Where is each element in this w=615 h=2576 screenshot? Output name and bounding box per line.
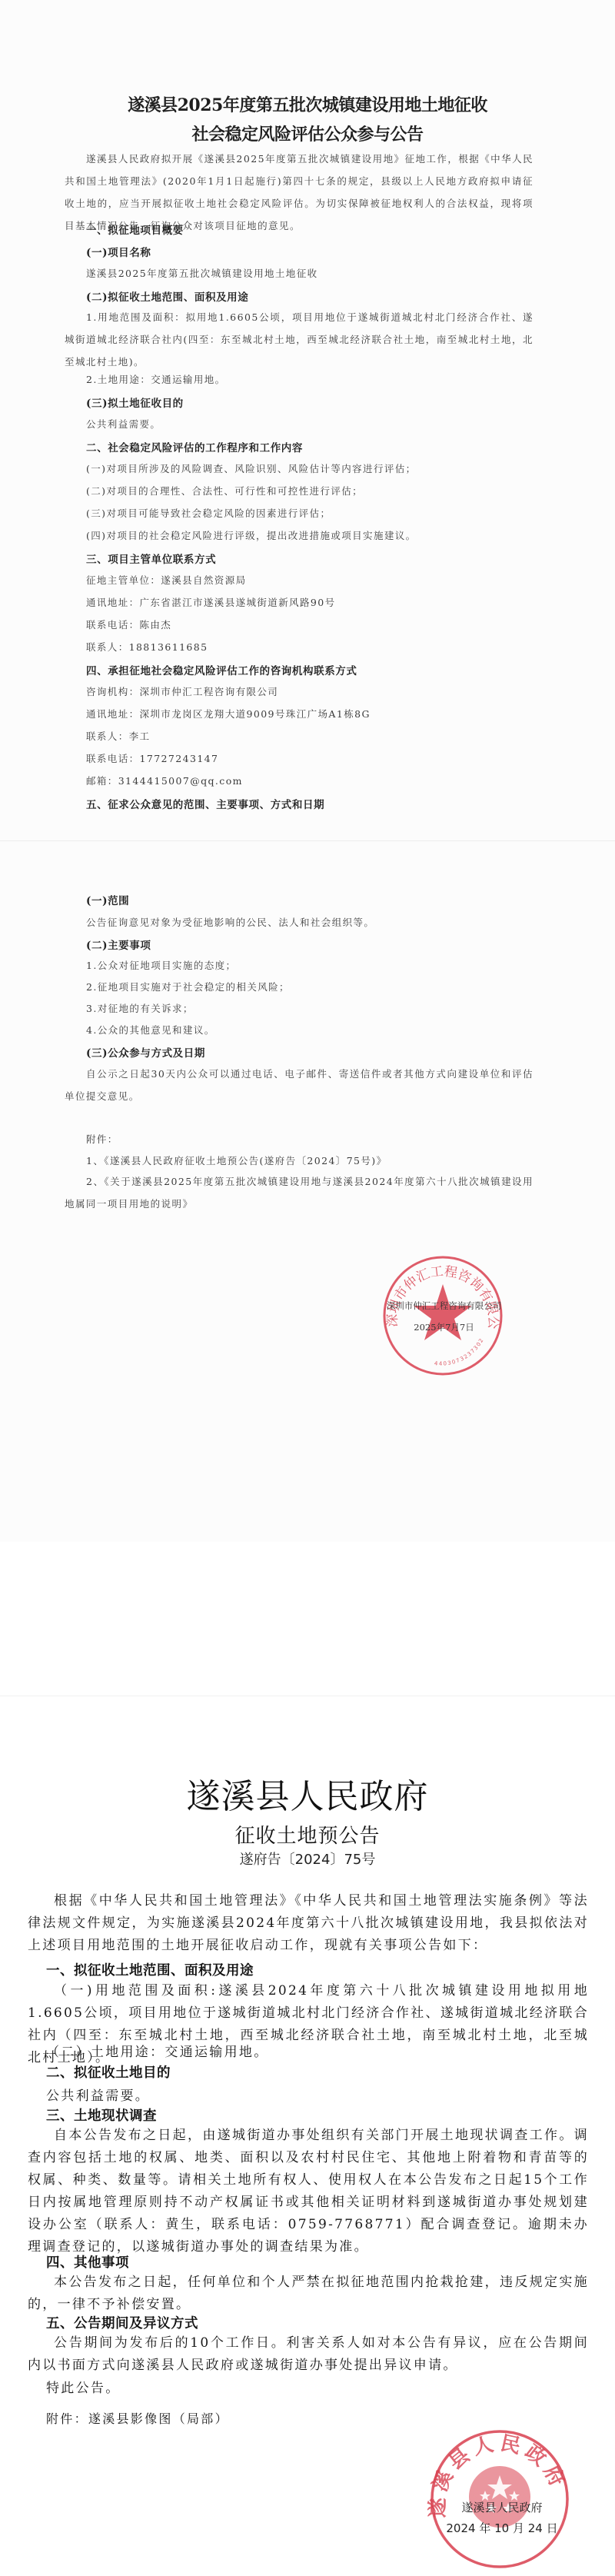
section-heading-4: 四、承担征地社会稳定风险评估工作的咨询机构联系方式 xyxy=(86,662,357,677)
company-seal-icon: 深圳市仲汇工程咨询有限公司 4403073237302 xyxy=(381,1253,505,1378)
page-title-line1: 遂溪县2025年度第五批次城镇建设用地土地征收 xyxy=(0,92,615,116)
procedure-item: (一)对项目所涉及的风险调查、风险识别、风险估计等内容进行评估； xyxy=(86,461,417,475)
subsection-heading-scope: (二)拟征收土地范围、面积及用途 xyxy=(86,288,248,304)
section-heading-1: 一、拟征收土地范围、面积及用途 xyxy=(46,1960,254,1979)
attachment-item[interactable]: 1、《遂溪县人民政府征收土地预公告(遂府告〔2024〕75号)》 xyxy=(86,1153,387,1167)
other-matters-paragraph: 本公告发布之日起，任何单位和个人严禁在拟征地范围内抢栽抢建，违反规定实施的，一律… xyxy=(28,2271,589,2316)
notice-page-land-expropriation: 遂溪县人民政府 征收土地预公告 遂府告〔2024〕75号 根据《中华人民共和国土… xyxy=(0,1542,615,2576)
section-heading-3: 三、土地现状调查 xyxy=(46,2105,157,2125)
notice-page-risk-assessment: 遂溪县2025年度第五批次城镇建设用地土地征收 社会稳定风险评估公众参与公告 遂… xyxy=(0,0,615,1542)
land-use: （二）土地用途：交通运输用地。 xyxy=(46,2041,269,2060)
section-heading-2: 二、拟征收土地目的 xyxy=(46,2062,171,2082)
attachments-label: 附件： xyxy=(86,1132,118,1146)
authority-line: 征地主管单位：遂溪县自然资源局 xyxy=(86,573,247,587)
consultant-phone: 联系电话：17727243147 xyxy=(86,751,218,765)
intro-paragraph: 根据《中华人民共和国土地管理法》《中华人民共和国土地管理法实施条例》等法律法规文… xyxy=(28,1890,589,1957)
land-scope-paragraph: 1.用地范围及面积：拟用地1.6605公顷，项目用地位于遂城街道城北村北门经济合… xyxy=(65,306,534,373)
matter-item: 2.征地项目实施对于社会稳定的相关风险； xyxy=(86,980,290,993)
section-heading-5: 五、征求公众意见的范围、主要事项、方式和日期 xyxy=(86,796,324,811)
matter-item: 4.公众的其他意见和建议。 xyxy=(86,1023,215,1037)
signature-org: 深圳市仲汇工程咨询有限公司 xyxy=(377,1300,511,1312)
signature-date: 2025年7月7日 xyxy=(377,1321,511,1333)
scan-page-break xyxy=(0,1696,615,1696)
objection-paragraph: 公告期间为发布后的10个工作日。利害关系人如对本公告有异议，应在公告期间内以书面… xyxy=(28,2332,589,2377)
signature-org: 遂溪县人民政府 xyxy=(421,2499,583,2515)
purpose-text: 公共利益需要。 xyxy=(46,2085,150,2104)
authority-phone-label: 联系电话：陈由杰 xyxy=(86,617,171,631)
consultant-name: 咨询机构：深圳市仲汇工程咨询有限公司 xyxy=(86,684,278,698)
authority-address: 通讯地址：广东省湛江市遂溪县遂城街道新风路90号 xyxy=(86,595,336,609)
section-heading-3: 三、项目主管单位联系方式 xyxy=(86,551,216,566)
purpose-text: 公共利益需要。 xyxy=(86,417,161,431)
subsection-heading-range: (一)范围 xyxy=(86,892,129,907)
document-number: 遂府告〔2024〕75号 xyxy=(0,1849,615,1869)
section-heading-1: 一、拟征地项目概要 xyxy=(86,221,184,237)
subsection-heading-matters: (二)主要事项 xyxy=(86,937,151,952)
matter-item: 1.公众对征地项目实施的态度； xyxy=(86,958,236,972)
procedure-item: (四)对项目的社会稳定风险进行评级，提出改进措施或项目实施建议。 xyxy=(86,528,417,542)
scan-page-break xyxy=(0,840,615,841)
section-heading-2: 二、社会稳定风险评估的工作程序和工作内容 xyxy=(86,439,303,454)
subsection-heading-participation: (三)公众参与方式及日期 xyxy=(86,1044,205,1060)
consultant-email[interactable]: 邮箱：3144415007@qq.com xyxy=(86,774,243,787)
closing-text: 特此公告。 xyxy=(46,2377,121,2396)
authority-contact: 联系人：18813611685 xyxy=(86,640,208,654)
land-use: 2.土地用途：交通运输用地。 xyxy=(86,372,226,386)
document-title: 征收土地预公告 xyxy=(0,1820,615,1849)
section-heading-4: 四、其他事项 xyxy=(46,2252,129,2271)
project-name: 遂溪县2025年度第五批次城镇建设用地土地征收 xyxy=(86,266,318,280)
section-heading-5: 五、公告期间及异议方式 xyxy=(46,2313,198,2332)
subsection-heading-purpose: (三)拟土地征收目的 xyxy=(86,394,184,410)
attachment-item[interactable]: 附件：遂溪县影像图（局部） xyxy=(46,2409,229,2427)
survey-paragraph: 自本公告发布之日起，由遂城街道办事处组织有关部门开展土地现状调查工作。调查内容包… xyxy=(28,2125,589,2258)
issuer-title: 遂溪县人民政府 xyxy=(0,1769,615,1818)
signature-date: 2024 年 10 月 24 日 xyxy=(421,2520,583,2536)
attachment-item[interactable]: 2、《关于遂溪县2025年度第五批次城镇建设用地与遂溪县2024年度第六十八批次… xyxy=(65,1170,534,1215)
consultant-contact: 联系人：李工 xyxy=(86,729,150,743)
participation-text: 自公示之日起30天内公众可以通过电话、电子邮件、寄送信件或者其他方式向建设单位和… xyxy=(65,1063,534,1107)
subsection-heading-project-name: (一)项目名称 xyxy=(86,244,151,259)
matter-item: 3.对征地的有关诉求； xyxy=(86,1001,194,1015)
page-title-line2: 社会稳定风险评估公众参与公告 xyxy=(0,121,615,145)
range-text: 公告征询意见对象为受征地影响的公民、法人和社会组织等。 xyxy=(86,915,374,929)
consultant-address: 通讯地址：深圳市龙岗区龙翔大道9009号珠江广场A1栋8G xyxy=(86,707,371,721)
procedure-item: (三)对项目可能导致社会稳定风险的因素进行评估； xyxy=(86,506,331,520)
procedure-item: (二)对项目的合理性、合法性、可行性和可控性进行评估； xyxy=(86,484,363,498)
